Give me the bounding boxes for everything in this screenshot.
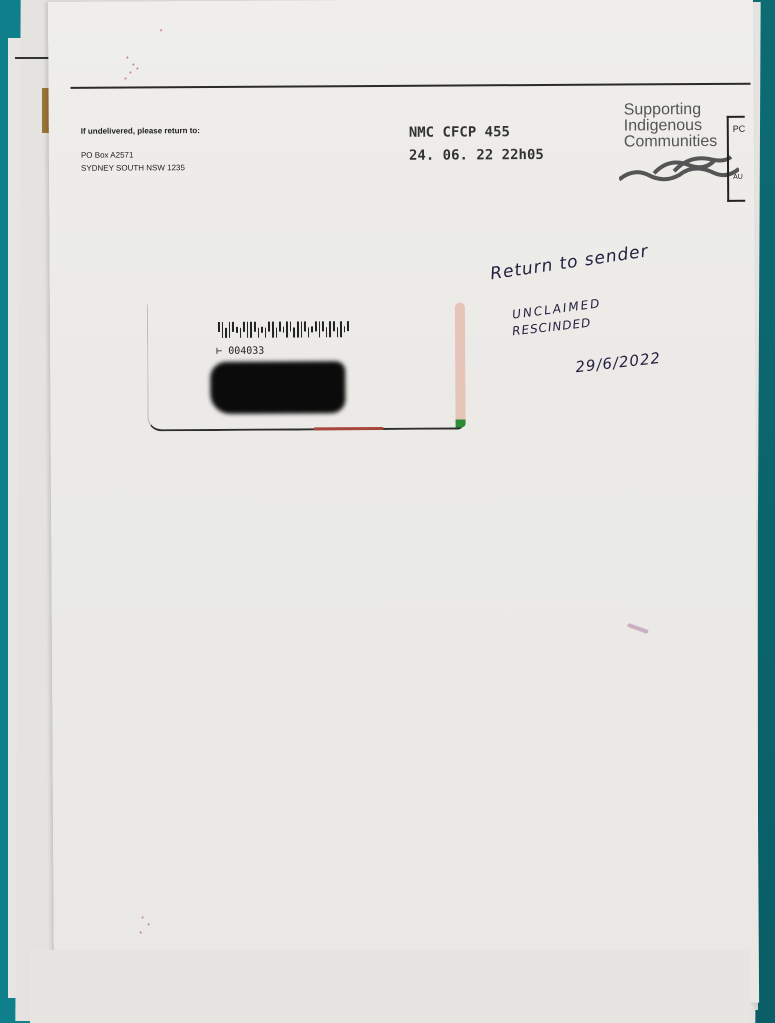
ink-speckle [132,63,134,65]
barcode-bar [279,322,281,332]
barcode-bar [347,321,349,331]
barcode-bar [225,328,227,338]
barcode-bar [275,328,277,338]
barcode-bar [308,327,310,337]
barcode-bar [283,327,285,333]
logo-line: Communities [624,134,717,151]
barcode-bar [322,321,324,331]
barcode-bar [229,322,231,338]
barcode-bar [326,327,328,337]
header-rule [71,83,751,89]
barcode-bar [247,322,249,338]
barcode-bar [293,327,295,337]
window-corner-mark [456,419,466,427]
return-address: PO Box A2571 SYDNEY SOUTH NSW 1235 [81,148,185,175]
ink-speckle [124,78,126,80]
ink-smudge [627,623,649,634]
barcode-bar [297,321,299,337]
barcode-bar [272,322,274,338]
postmark-line2: 24. 06. 22 22h05 [409,144,544,168]
barcode-bar [329,321,331,337]
logo-line: Supporting [624,102,717,119]
handwritten-date: 29/6/2022 [574,349,661,376]
barcode-bar [232,322,234,332]
envelope: If undelivered, please return to: PO Box… [48,0,759,1007]
postage-frame-top: PC [733,124,746,134]
ink-speckle [148,923,150,925]
redacted-recipient [210,361,345,414]
ink-speckle [142,916,144,918]
barcode-bar [240,328,242,338]
ink-speckle [160,29,162,31]
barcode-bar [290,322,292,332]
barcode-bar [319,321,321,337]
barcode-bar [261,327,263,333]
logo-line: Indigenous [624,118,717,135]
postal-barcode-icon [218,321,349,338]
barcode-bar [286,322,288,338]
postmark-line1: NMC CFCP 455 [409,121,544,145]
barcode-bar [304,321,306,331]
barcode-bar [333,321,335,331]
wave-pattern-icon [619,153,739,186]
barcode-bar [268,322,270,332]
address-window: ⊢ 004033 [147,302,464,431]
back-sheet [30,950,750,1023]
barcode-bar [222,322,224,338]
ink-speckle [129,71,131,73]
barcode-bar [344,326,346,332]
barcode-bar [243,322,245,332]
return-label: If undelivered, please return to: [81,126,200,136]
logo: Supporting Indigenous Communities [624,102,718,151]
barcode-bar [218,322,220,332]
barcode-bar [258,328,260,338]
barcode-bar [337,327,339,337]
barcode-bar [311,326,313,332]
barcode-bar [340,321,342,337]
return-address-line: SYDNEY SOUTH NSW 1235 [81,161,185,175]
return-address-line: PO Box A2571 [81,148,185,162]
barcode-number: ⊢ 004033 [216,346,264,357]
barcode-bar [301,321,303,337]
ink-speckle [126,57,128,59]
barcode-bar [315,321,317,331]
postmark: NMC CFCP 455 24. 06. 22 22h05 [409,121,544,168]
postage-frame-bottom: AU [733,174,743,181]
barcode-bar [236,327,238,333]
window-edge-stripe [455,302,466,422]
barcode-bar [265,328,267,338]
ink-speckle [140,931,142,933]
barcode-bar [254,322,256,332]
window-ink-mark [314,427,384,430]
barcode-bar [250,322,252,338]
ink-speckle [136,67,138,69]
handwritten-return-to-sender: Return to sender [489,241,650,284]
